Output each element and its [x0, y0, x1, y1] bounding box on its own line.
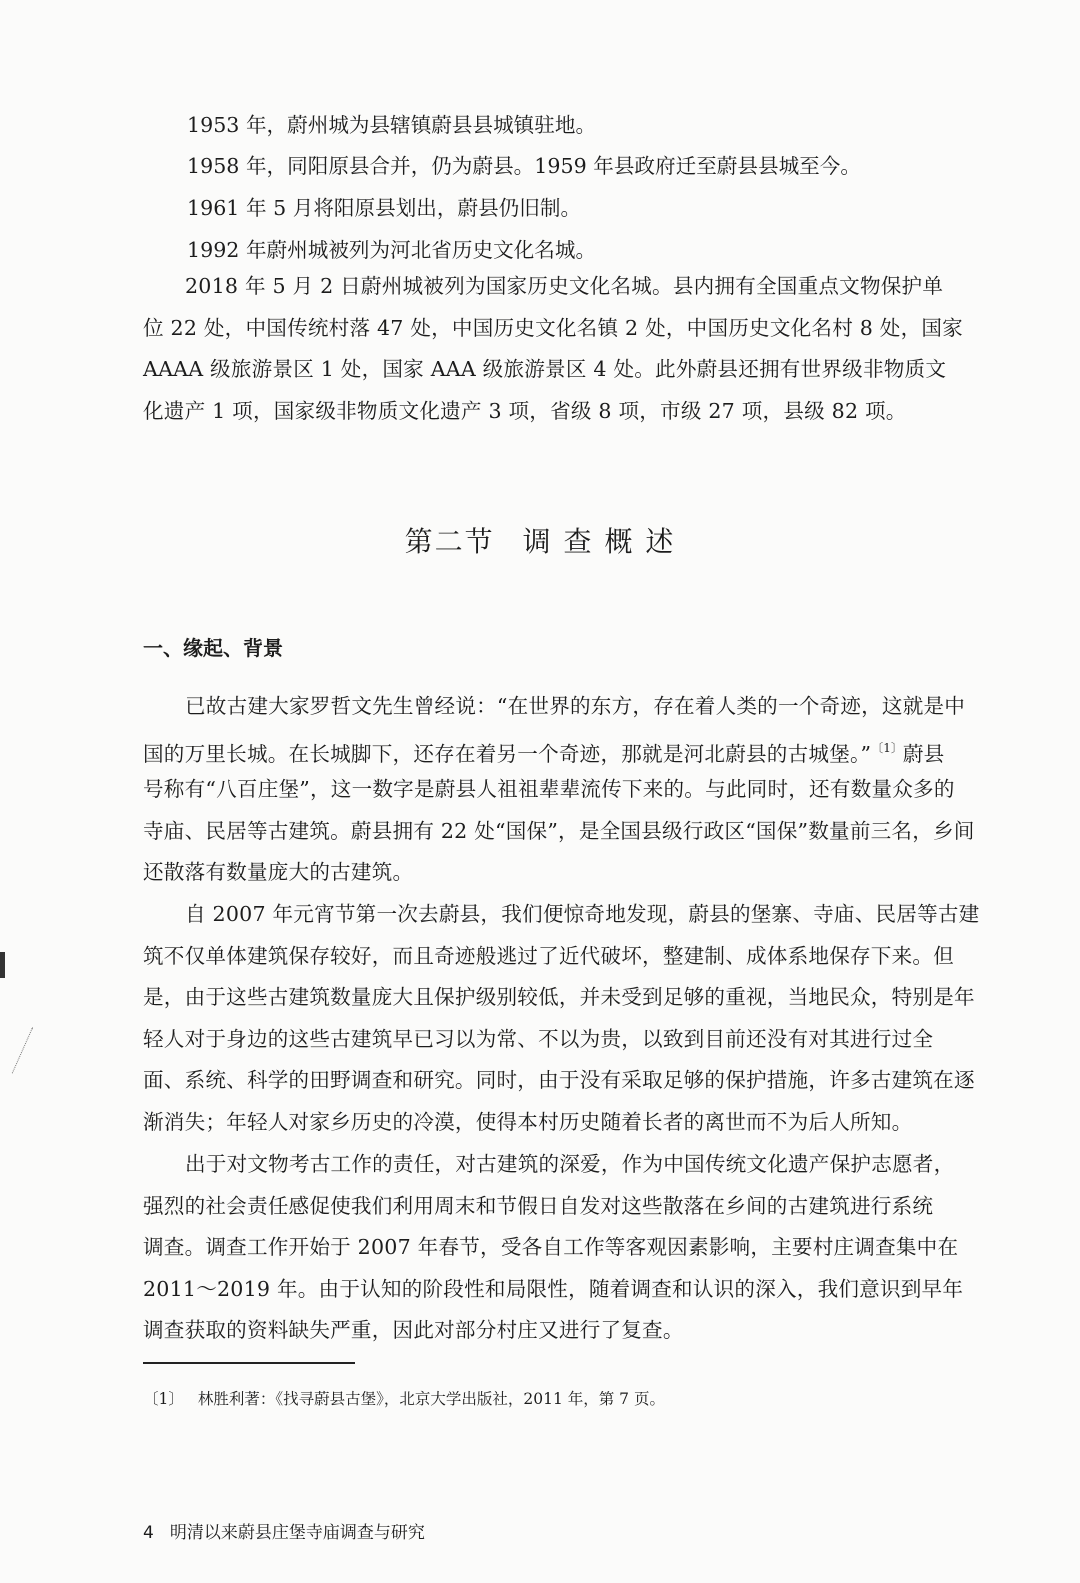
text-line: 化遗产 1 项，国家级非物质文化遗产 3 项，省级 8 项，市级 27 项，县级…: [143, 391, 996, 433]
footnote-ref[interactable]: 〔1〕: [871, 741, 903, 755]
text-line: 自 2007 年元宵节第一次去蔚县，我们便惊奇地发现，蔚县的堡寨、寺庙、民居等古…: [143, 894, 996, 936]
book-page: 1953 年，蔚州城为县辖镇蔚县县城镇驻地。 1958 年，同阳原县合并，仍为蔚…: [0, 0, 1080, 1583]
text-line: AAAA 级旅游景区 1 处，国家 AAA 级旅游景区 4 处。此外蔚县还拥有世…: [143, 349, 996, 391]
subheading: 一、缘起、背景: [143, 632, 283, 661]
paragraph-2: 自 2007 年元宵节第一次去蔚县，我们便惊奇地发现，蔚县的堡寨、寺庙、民居等古…: [143, 894, 996, 1144]
text-segment: 国的万里长城。在长城脚下，还存在着另一个奇迹，那就是河北蔚县的古城堡。”: [143, 742, 871, 766]
running-title: 明清以来蔚县庄堡寺庙调查与研究: [170, 1523, 425, 1543]
section-title: 第二节调 查 概 述: [0, 520, 1080, 560]
text-line: 国的万里长城。在长城脚下，还存在着另一个奇迹，那就是河北蔚县的古城堡。”〔1〕蔚…: [143, 728, 996, 770]
text-line: 筑不仅单体建筑保存较好，而且奇迹般逃过了近代破坏，整建制、成体系地保存下来。但: [143, 936, 996, 978]
text-line: 调查获取的资料缺失严重，因此对部分村庄又进行了复查。: [143, 1310, 996, 1352]
text-line: 是，由于这些古建筑数量庞大且保护级别较低，并未受到足够的重视，当地民众，特别是年: [143, 977, 996, 1019]
text-line: 轻人对于身边的这些古建筑早已习以为常、不以为贵，以致到目前还没有对其进行过全: [143, 1019, 996, 1061]
footnote-mark: 〔1〕: [143, 1390, 184, 1408]
footnote-divider: [143, 1362, 355, 1364]
text-segment: 蔚县: [903, 742, 945, 766]
chronology-entry-1992: 1992 年蔚州城被列为河北省历史文化名城。: [187, 233, 596, 263]
chronology-entry-1958: 1958 年，同阳原县合并，仍为蔚县。1959 年县政府迁至蔚县县城至今。: [187, 149, 861, 179]
footnote: 〔1〕林胜利著：《找寻蔚县古堡》，北京大学出版社，2011 年，第 7 页。: [143, 1387, 665, 1409]
paragraph-1: 已故古建大家罗哲文先生曾经说：“在世界的东方，存在着人类的一个奇迹，这就是中 国…: [143, 686, 996, 894]
text-line: 渐消失；年轻人对家乡历史的冷漠，使得本村历史随着长者的离世而不为后人所知。: [143, 1102, 996, 1144]
section-number: 第二节: [405, 525, 495, 558]
page-number: 4: [143, 1523, 154, 1543]
text-line: 面、系统、科学的田野调查和研究。同时，由于没有采取足够的保护措施，许多古建筑在逐: [143, 1060, 996, 1102]
text-line: 号称有“八百庄堡”，这一数字是蔚县人祖祖辈辈流传下来的。与此同时，还有数量众多的: [143, 769, 996, 811]
scan-artifact: [10, 1027, 33, 1074]
text-line: 已故古建大家罗哲文先生曾经说：“在世界的东方，存在着人类的一个奇迹，这就是中: [143, 686, 996, 728]
text-line: 还散落有数量庞大的古建筑。: [143, 852, 996, 894]
paragraph-3: 出于对文物考古工作的责任，对古建筑的深爱，作为中国传统文化遗产保护志愿者， 强烈…: [143, 1144, 996, 1352]
text-line: 寺庙、民居等古建筑。蔚县拥有 22 处“国保”，是全国县级行政区“国保”数量前三…: [143, 811, 996, 853]
scan-edge-mark: [0, 952, 5, 978]
chronology-entry-1953: 1953 年，蔚州城为县辖镇蔚县县城镇驻地。: [187, 108, 596, 138]
text-line: 出于对文物考古工作的责任，对古建筑的深爱，作为中国传统文化遗产保护志愿者，: [143, 1144, 996, 1186]
text-line: 2018 年 5 月 2 日蔚州城被列为国家历史文化名城。县内拥有全国重点文物保…: [143, 266, 996, 308]
section-name: 调 查 概 述: [523, 525, 676, 558]
text-line: 2011～2019 年。由于认知的阶段性和局限性，随着调查和认识的深入，我们意识…: [143, 1269, 996, 1311]
text-line: 调查。调查工作开始于 2007 年春节，受各自工作等客观因素影响，主要村庄调查集…: [143, 1227, 996, 1269]
paragraph-2018: 2018 年 5 月 2 日蔚州城被列为国家历史文化名城。县内拥有全国重点文物保…: [143, 266, 996, 432]
footnote-text: 林胜利著：《找寻蔚县古堡》，北京大学出版社，2011 年，第 7 页。: [198, 1390, 665, 1408]
text-line: 强烈的社会责任感促使我们利用周末和节假日自发对这些散落在乡间的古建筑进行系统: [143, 1186, 996, 1228]
chronology-entry-1961: 1961 年 5 月将阳原县划出，蔚县仍旧制。: [187, 191, 581, 221]
page-footer: 4明清以来蔚县庄堡寺庙调查与研究: [143, 1518, 425, 1543]
text-line: 位 22 处，中国传统村落 47 处，中国历史文化名镇 2 处，中国历史文化名村…: [143, 308, 996, 350]
